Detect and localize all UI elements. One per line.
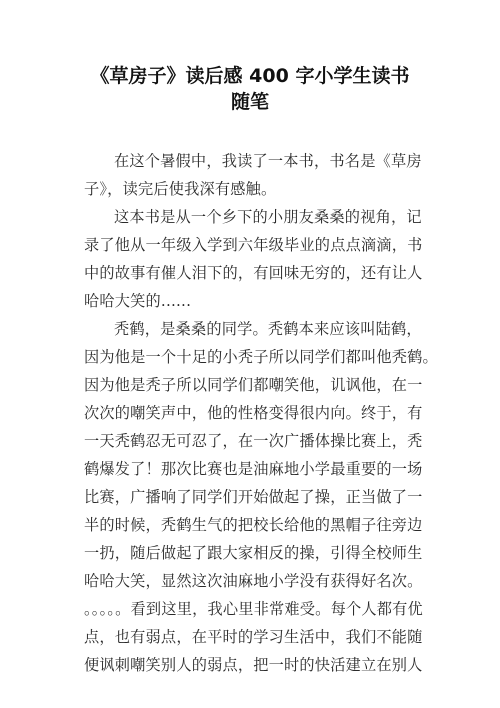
body-line: 便讽刺嘲笑别人的弱点，把一时的快活建立在别人 xyxy=(84,655,424,675)
body-line: 一扔，随后做起了跟大家相反的操，引得全校师生 xyxy=(84,543,424,563)
body-line: 哈哈大笑的...... xyxy=(84,291,424,311)
body-line: 因为他是秃子所以同学们都嘲笑他，讥讽他，在一 xyxy=(84,375,424,395)
body-line: 。。。。。看到这里，我心里非常难受。每个人都有优 xyxy=(84,599,424,619)
body-line: 点，也有弱点，在平时的学习生活中，我们不能随 xyxy=(84,627,424,647)
body-line: 这本书是从一个乡下的小朋友桑桑的视角，记 xyxy=(114,207,424,227)
body-line: 中的故事有催人泪下的，有回味无穷的，还有让人 xyxy=(84,263,424,283)
body-line: 半的时候，秃鹤生气的把校长给他的黑帽子往旁边 xyxy=(84,515,424,535)
body-line: 秃鹤，是桑桑的同学。秃鹤本来应该叫陆鹤， xyxy=(114,319,424,339)
document-title-line-1: 《草房子》读后感 400 字小学生读书 xyxy=(0,63,500,89)
body-line: 录了他从一年级入学到六年级毕业的点点滴滴，书 xyxy=(84,235,424,255)
body-line: 在这个暑假中，我读了一本书，书名是《草房 xyxy=(114,151,424,171)
document-title-line-2: 随笔 xyxy=(0,89,500,115)
body-line: 哈哈大笑，显然这次油麻地小学没有获得好名次。 xyxy=(84,571,424,591)
body-line: 因为他是一个十足的小秃子所以同学们都叫他秃鹤。 xyxy=(84,347,424,367)
body-line: 比赛，广播响了同学们开始做起了操，正当做了一 xyxy=(84,487,424,507)
body-line: 鹤爆发了！那次比赛也是油麻地小学最重要的一场 xyxy=(84,459,424,479)
body-line: 次次的嘲笑声中，他的性格变得很内向。终于，有 xyxy=(84,403,424,423)
body-line: 一天秃鹤忍无可忍了，在一次广播体操比赛上，秃 xyxy=(84,431,424,451)
body-line: 子》，读完后使我深有感触。 xyxy=(84,179,424,199)
document-page: 《草房子》读后感 400 字小学生读书 随笔 在这个暑假中，我读了一本书，书名是… xyxy=(0,0,500,708)
